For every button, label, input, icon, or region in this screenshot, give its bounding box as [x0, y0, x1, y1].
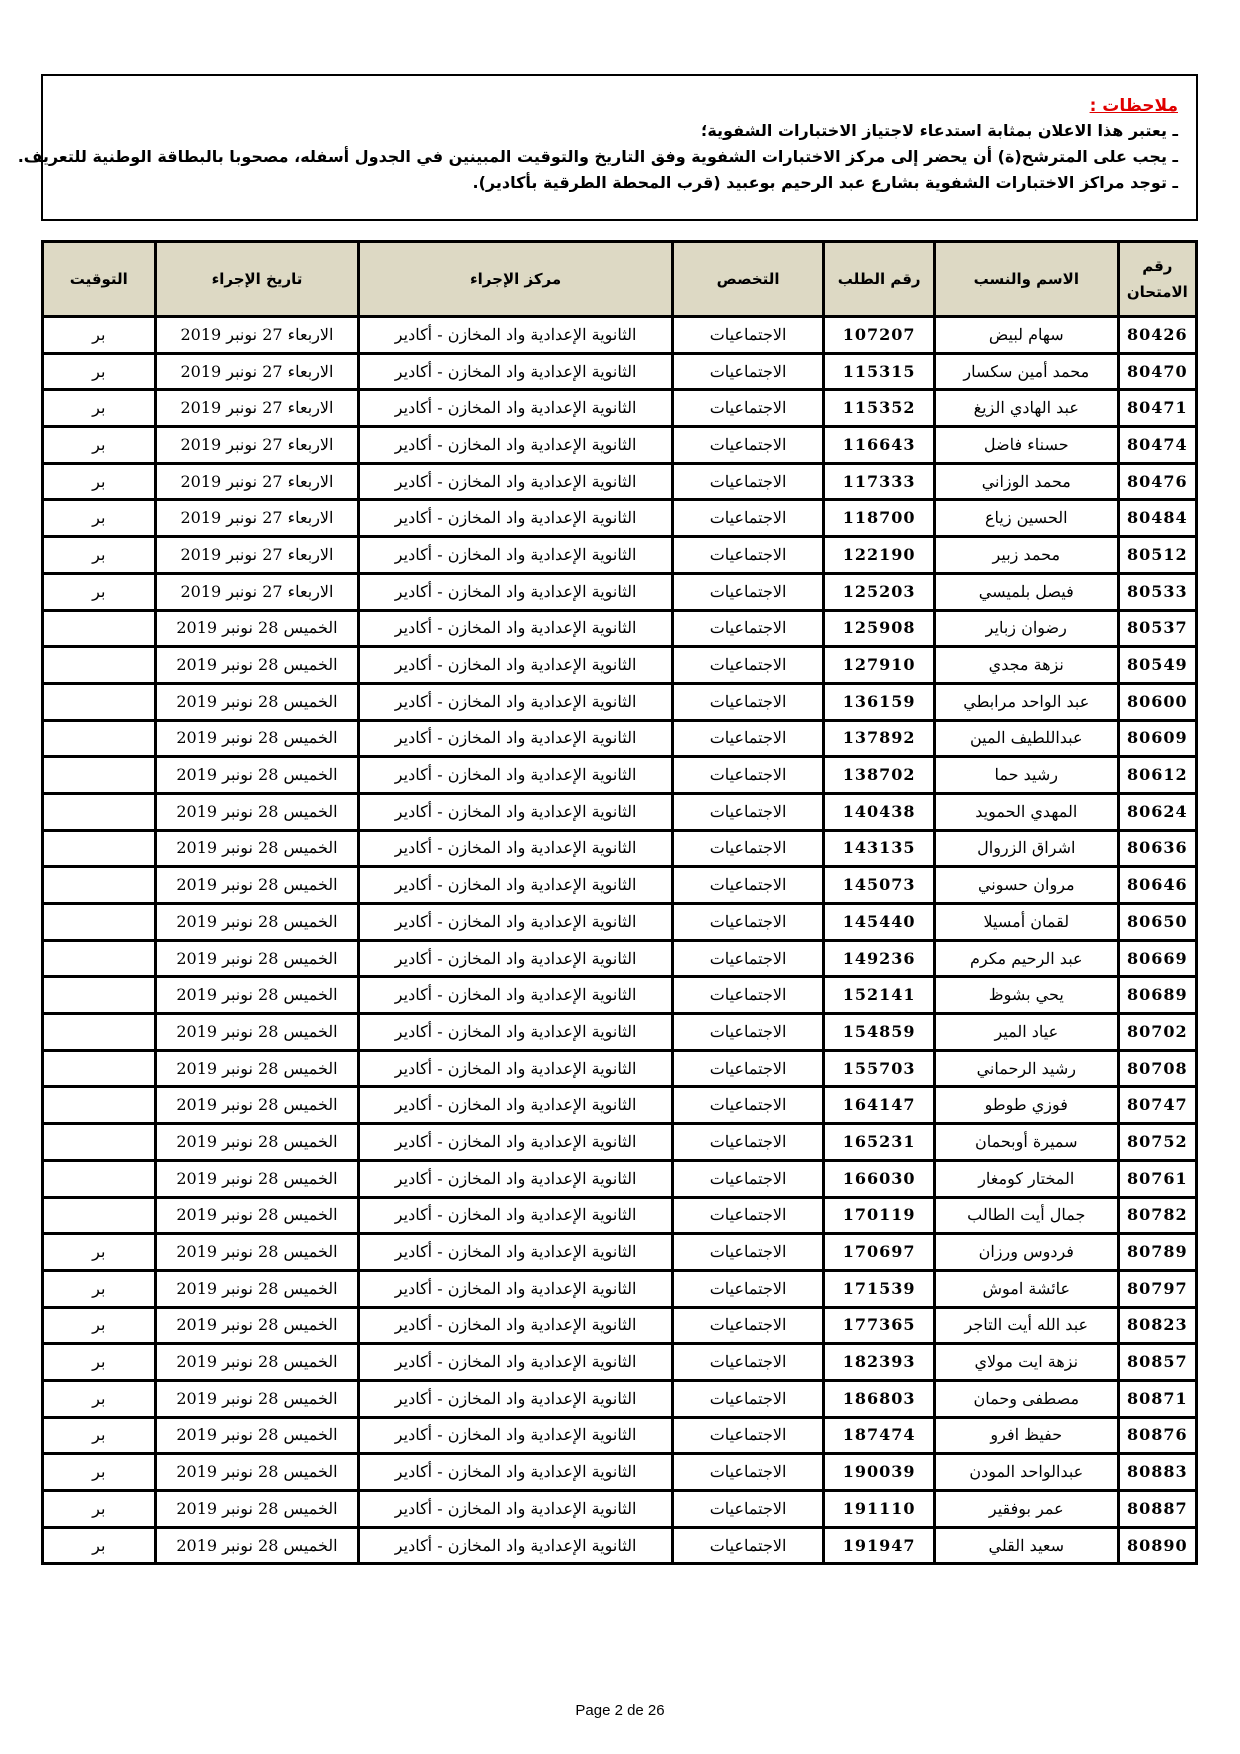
- cell-date: الخميس 28 نونبر 2019: [155, 1160, 359, 1197]
- header-name: الاسم والنسب: [934, 242, 1118, 317]
- cell-exam-number: 80609: [1118, 720, 1196, 757]
- cell-date: الاربعاء 27 نونبر 2019: [155, 353, 359, 390]
- cell-exam-number: 80549: [1118, 647, 1196, 684]
- cell-name: اشراق الزروال: [934, 830, 1118, 867]
- results-table: رقم الامتحان الاسم والنسب رقم الطلب التخ…: [41, 240, 1198, 1565]
- cell-date: الخميس 28 نونبر 2019: [155, 793, 359, 830]
- cell-center: الثانوية الإعدادية واد المخازن - أكادير: [359, 683, 672, 720]
- cell-application-number: 182393: [824, 1344, 934, 1381]
- cell-time: [43, 867, 156, 904]
- notes-box: ملاحظات : ـ يعتبر هذا الاعلان بمثابة است…: [41, 74, 1198, 221]
- cell-application-number: 187474: [824, 1417, 934, 1454]
- cell-exam-number: 80476: [1118, 463, 1196, 500]
- cell-center: الثانوية الإعدادية واد المخازن - أكادير: [359, 940, 672, 977]
- cell-specialty: الاجتماعيات: [672, 610, 824, 647]
- cell-specialty: الاجتماعيات: [672, 1454, 824, 1491]
- cell-name: المهدي الحمويد: [934, 793, 1118, 830]
- cell-time: [43, 1124, 156, 1161]
- cell-exam-number: 80533: [1118, 573, 1196, 610]
- cell-time: بر: [43, 427, 156, 464]
- cell-center: الثانوية الإعدادية واد المخازن - أكادير: [359, 1417, 672, 1454]
- cell-exam-number: 80871: [1118, 1380, 1196, 1417]
- cell-date: الخميس 28 نونبر 2019: [155, 1344, 359, 1381]
- cell-exam-number: 80474: [1118, 427, 1196, 464]
- cell-name: نزهة مجدي: [934, 647, 1118, 684]
- header-exam-number-line2: الامتحان: [1120, 279, 1195, 305]
- cell-time: [43, 1160, 156, 1197]
- cell-specialty: الاجتماعيات: [672, 1087, 824, 1124]
- cell-application-number: 137892: [824, 720, 934, 757]
- cell-center: الثانوية الإعدادية واد المخازن - أكادير: [359, 1124, 672, 1161]
- cell-center: الثانوية الإعدادية واد المخازن - أكادير: [359, 1380, 672, 1417]
- cell-exam-number: 80669: [1118, 940, 1196, 977]
- cell-exam-number: 80624: [1118, 793, 1196, 830]
- table-row: 80646مروان حسوني145073الاجتماعياتالثانوي…: [43, 867, 1197, 904]
- cell-exam-number: 80708: [1118, 1050, 1196, 1087]
- cell-date: الخميس 28 نونبر 2019: [155, 1380, 359, 1417]
- cell-time: بر: [43, 1527, 156, 1564]
- cell-time: [43, 610, 156, 647]
- header-time: التوقيت: [43, 242, 156, 317]
- table-row: 80890سعيد القلي191947الاجتماعياتالثانوية…: [43, 1527, 1197, 1564]
- cell-name: مصطفى وحمان: [934, 1380, 1118, 1417]
- cell-exam-number: 80512: [1118, 537, 1196, 574]
- cell-name: سهام لبيض: [934, 317, 1118, 354]
- cell-center: الثانوية الإعدادية واد المخازن - أكادير: [359, 537, 672, 574]
- cell-center: الثانوية الإعدادية واد المخازن - أكادير: [359, 1527, 672, 1564]
- cell-center: الثانوية الإعدادية واد المخازن - أكادير: [359, 1307, 672, 1344]
- cell-time: [43, 720, 156, 757]
- cell-specialty: الاجتماعيات: [672, 1234, 824, 1271]
- cell-application-number: 138702: [824, 757, 934, 794]
- cell-application-number: 170119: [824, 1197, 934, 1234]
- table-row: 80474حسناء فاضل116643الاجتماعياتالثانوية…: [43, 427, 1197, 464]
- cell-name: رضوان زباير: [934, 610, 1118, 647]
- table-row: 80887عمر بوفقير191110الاجتماعياتالثانوية…: [43, 1491, 1197, 1528]
- cell-center: الثانوية الإعدادية واد المخازن - أكادير: [359, 977, 672, 1014]
- cell-time: [43, 1050, 156, 1087]
- cell-name: عبد الله أيت التاجر: [934, 1307, 1118, 1344]
- cell-date: الخميس 28 نونبر 2019: [155, 610, 359, 647]
- cell-application-number: 149236: [824, 940, 934, 977]
- cell-specialty: الاجتماعيات: [672, 1380, 824, 1417]
- cell-center: الثانوية الإعدادية واد المخازن - أكادير: [359, 1491, 672, 1528]
- cell-date: الاربعاء 27 نونبر 2019: [155, 573, 359, 610]
- cell-application-number: 170697: [824, 1234, 934, 1271]
- cell-exam-number: 80612: [1118, 757, 1196, 794]
- table-row: 80533فيصل بلميسي125203الاجتماعياتالثانوي…: [43, 573, 1197, 610]
- cell-specialty: الاجتماعيات: [672, 317, 824, 354]
- cell-date: الخميس 28 نونبر 2019: [155, 1197, 359, 1234]
- table-row: 80600عبد الواحد مرابطي136159الاجتماعياتا…: [43, 683, 1197, 720]
- header-application-number: رقم الطلب: [824, 242, 934, 317]
- notes-line: ـ يعتبر هذا الاعلان بمثابة استدعاء لاجتي…: [61, 118, 1178, 144]
- cell-exam-number: 80789: [1118, 1234, 1196, 1271]
- table-row: 80471عبد الهادي الزيغ115352الاجتماعياتال…: [43, 390, 1197, 427]
- cell-exam-number: 80650: [1118, 904, 1196, 941]
- cell-specialty: الاجتماعيات: [672, 1491, 824, 1528]
- cell-application-number: 191110: [824, 1491, 934, 1528]
- cell-date: الخميس 28 نونبر 2019: [155, 720, 359, 757]
- cell-exam-number: 80537: [1118, 610, 1196, 647]
- table-body: 80426سهام لبيض107207الاجتماعياتالثانوية …: [43, 317, 1197, 1564]
- cell-center: الثانوية الإعدادية واد المخازن - أكادير: [359, 500, 672, 537]
- cell-time: بر: [43, 500, 156, 537]
- header-exam-number: رقم الامتحان: [1118, 242, 1196, 317]
- cell-specialty: الاجتماعيات: [672, 940, 824, 977]
- cell-date: الخميس 28 نونبر 2019: [155, 1491, 359, 1528]
- notes-line: ـ توجد مراكز الاختبارات الشفوية بشارع عب…: [61, 170, 1178, 196]
- table-row: 80669عبد الرحيم مكرم149236الاجتماعياتالث…: [43, 940, 1197, 977]
- cell-date: الخميس 28 نونبر 2019: [155, 683, 359, 720]
- table-row: 80883عبدالواحد المودن190039الاجتماعياتال…: [43, 1454, 1197, 1491]
- cell-date: الخميس 28 نونبر 2019: [155, 977, 359, 1014]
- table-row: 80609عبداللطيف المين137892الاجتماعياتالث…: [43, 720, 1197, 757]
- cell-exam-number: 80887: [1118, 1491, 1196, 1528]
- cell-exam-number: 80890: [1118, 1527, 1196, 1564]
- cell-exam-number: 80761: [1118, 1160, 1196, 1197]
- table-row: 80476محمد الوزاني117333الاجتماعياتالثانو…: [43, 463, 1197, 500]
- cell-date: الخميس 28 نونبر 2019: [155, 1527, 359, 1564]
- cell-time: بر: [43, 1380, 156, 1417]
- cell-exam-number: 80484: [1118, 500, 1196, 537]
- cell-application-number: 125203: [824, 573, 934, 610]
- cell-name: عبد الواحد مرابطي: [934, 683, 1118, 720]
- cell-specialty: الاجتماعيات: [672, 1197, 824, 1234]
- table-row: 80823عبد الله أيت التاجر177365الاجتماعيا…: [43, 1307, 1197, 1344]
- cell-exam-number: 80747: [1118, 1087, 1196, 1124]
- cell-time: بر: [43, 390, 156, 427]
- table-row: 80876حفيظ افرو187474الاجتماعياتالثانوية …: [43, 1417, 1197, 1454]
- table-row: 80426سهام لبيض107207الاجتماعياتالثانوية …: [43, 317, 1197, 354]
- cell-date: الاربعاء 27 نونبر 2019: [155, 390, 359, 427]
- cell-date: الخميس 28 نونبر 2019: [155, 940, 359, 977]
- cell-time: بر: [43, 1234, 156, 1271]
- cell-time: بر: [43, 1307, 156, 1344]
- cell-time: [43, 1014, 156, 1051]
- header-exam-number-line1: رقم: [1120, 253, 1195, 279]
- cell-exam-number: 80857: [1118, 1344, 1196, 1381]
- table-row: 80549نزهة مجدي127910الاجتماعياتالثانوية …: [43, 647, 1197, 684]
- cell-exam-number: 80797: [1118, 1270, 1196, 1307]
- cell-center: الثانوية الإعدادية واد المخازن - أكادير: [359, 1344, 672, 1381]
- cell-center: الثانوية الإعدادية واد المخازن - أكادير: [359, 573, 672, 610]
- cell-exam-number: 80752: [1118, 1124, 1196, 1161]
- table-row: 80782جمال أيت الطالب170119الاجتماعياتالث…: [43, 1197, 1197, 1234]
- cell-name: سعيد القلي: [934, 1527, 1118, 1564]
- cell-specialty: الاجتماعيات: [672, 573, 824, 610]
- page-number: Page 2 de 26: [0, 1702, 1240, 1719]
- cell-name: عبداللطيف المين: [934, 720, 1118, 757]
- cell-date: الخميس 28 نونبر 2019: [155, 1307, 359, 1344]
- cell-application-number: 136159: [824, 683, 934, 720]
- cell-name: رشيد الرحماني: [934, 1050, 1118, 1087]
- table-row: 80702عياد المير154859الاجتماعياتالثانوية…: [43, 1014, 1197, 1051]
- cell-date: الاربعاء 27 نونبر 2019: [155, 463, 359, 500]
- cell-center: الثانوية الإعدادية واد المخازن - أكادير: [359, 1454, 672, 1491]
- cell-date: الخميس 28 نونبر 2019: [155, 1417, 359, 1454]
- cell-application-number: 145440: [824, 904, 934, 941]
- table-row: 80689يحي بشوظ152141الاجتماعياتالثانوية ا…: [43, 977, 1197, 1014]
- table-row: 80512محمد زبير122190الاجتماعياتالثانوية …: [43, 537, 1197, 574]
- cell-application-number: 191947: [824, 1527, 934, 1564]
- cell-application-number: 171539: [824, 1270, 934, 1307]
- cell-application-number: 166030: [824, 1160, 934, 1197]
- cell-name: جمال أيت الطالب: [934, 1197, 1118, 1234]
- cell-application-number: 125908: [824, 610, 934, 647]
- cell-specialty: الاجتماعيات: [672, 904, 824, 941]
- cell-time: بر: [43, 573, 156, 610]
- cell-exam-number: 80600: [1118, 683, 1196, 720]
- cell-date: الخميس 28 نونبر 2019: [155, 904, 359, 941]
- cell-name: حسناء فاضل: [934, 427, 1118, 464]
- cell-center: الثانوية الإعدادية واد المخازن - أكادير: [359, 1270, 672, 1307]
- cell-specialty: الاجتماعيات: [672, 463, 824, 500]
- cell-name: الحسين زياع: [934, 500, 1118, 537]
- cell-application-number: 117333: [824, 463, 934, 500]
- cell-center: الثانوية الإعدادية واد المخازن - أكادير: [359, 1014, 672, 1051]
- cell-center: الثانوية الإعدادية واد المخازن - أكادير: [359, 353, 672, 390]
- cell-exam-number: 80883: [1118, 1454, 1196, 1491]
- cell-time: [43, 683, 156, 720]
- cell-name: عبد الهادي الزيغ: [934, 390, 1118, 427]
- table-row: 80857نزهة ايت مولاي182393الاجتماعياتالثا…: [43, 1344, 1197, 1381]
- cell-exam-number: 80689: [1118, 977, 1196, 1014]
- cell-specialty: الاجتماعيات: [672, 1050, 824, 1087]
- cell-time: بر: [43, 1491, 156, 1528]
- cell-exam-number: 80426: [1118, 317, 1196, 354]
- cell-name: فيصل بلميسي: [934, 573, 1118, 610]
- cell-date: الاربعاء 27 نونبر 2019: [155, 537, 359, 574]
- cell-application-number: 154859: [824, 1014, 934, 1051]
- cell-name: يحي بشوظ: [934, 977, 1118, 1014]
- cell-time: بر: [43, 1344, 156, 1381]
- cell-specialty: الاجتماعيات: [672, 1124, 824, 1161]
- cell-exam-number: 80782: [1118, 1197, 1196, 1234]
- table-row: 80752سميرة أوبحمان165231الاجتماعياتالثان…: [43, 1124, 1197, 1161]
- cell-time: [43, 1197, 156, 1234]
- cell-name: حفيظ افرو: [934, 1417, 1118, 1454]
- table-row: 80624المهدي الحمويد140438الاجتماعياتالثا…: [43, 793, 1197, 830]
- cell-specialty: الاجتماعيات: [672, 720, 824, 757]
- cell-date: الاربعاء 27 نونبر 2019: [155, 427, 359, 464]
- cell-application-number: 118700: [824, 500, 934, 537]
- cell-time: بر: [43, 1454, 156, 1491]
- cell-name: عبدالواحد المودن: [934, 1454, 1118, 1491]
- cell-name: محمد زبير: [934, 537, 1118, 574]
- cell-exam-number: 80646: [1118, 867, 1196, 904]
- cell-exam-number: 80636: [1118, 830, 1196, 867]
- cell-name: رشيد حما: [934, 757, 1118, 794]
- cell-name: فردوس ورزان: [934, 1234, 1118, 1271]
- cell-application-number: 115315: [824, 353, 934, 390]
- cell-exam-number: 80876: [1118, 1417, 1196, 1454]
- cell-specialty: الاجتماعيات: [672, 1270, 824, 1307]
- cell-center: الثانوية الإعدادية واد المخازن - أكادير: [359, 830, 672, 867]
- cell-center: الثانوية الإعدادية واد المخازن - أكادير: [359, 904, 672, 941]
- cell-exam-number: 80470: [1118, 353, 1196, 390]
- cell-center: الثانوية الإعدادية واد المخازن - أكادير: [359, 427, 672, 464]
- table-row: 80747فوزي طوطو164147الاجتماعياتالثانوية …: [43, 1087, 1197, 1124]
- cell-specialty: الاجتماعيات: [672, 390, 824, 427]
- cell-date: الخميس 28 نونبر 2019: [155, 757, 359, 794]
- cell-specialty: الاجتماعيات: [672, 757, 824, 794]
- cell-time: بر: [43, 1270, 156, 1307]
- cell-application-number: 140438: [824, 793, 934, 830]
- cell-time: [43, 793, 156, 830]
- cell-application-number: 190039: [824, 1454, 934, 1491]
- cell-center: الثانوية الإعدادية واد المخازن - أكادير: [359, 757, 672, 794]
- cell-name: عبد الرحيم مكرم: [934, 940, 1118, 977]
- cell-application-number: 186803: [824, 1380, 934, 1417]
- cell-center: الثانوية الإعدادية واد المخازن - أكادير: [359, 1087, 672, 1124]
- cell-time: بر: [43, 537, 156, 574]
- cell-specialty: الاجتماعيات: [672, 1417, 824, 1454]
- cell-center: الثانوية الإعدادية واد المخازن - أكادير: [359, 793, 672, 830]
- cell-name: لقمان أمسيلا: [934, 904, 1118, 941]
- cell-name: محمد الوزاني: [934, 463, 1118, 500]
- table-row: 80708رشيد الرحماني155703الاجتماعياتالثان…: [43, 1050, 1197, 1087]
- cell-name: نزهة ايت مولاي: [934, 1344, 1118, 1381]
- table-row: 80871مصطفى وحمان186803الاجتماعياتالثانوي…: [43, 1380, 1197, 1417]
- cell-center: الثانوية الإعدادية واد المخازن - أكادير: [359, 463, 672, 500]
- cell-center: الثانوية الإعدادية واد المخازن - أكادير: [359, 867, 672, 904]
- table-row: 80470محمد أمين سكسار115315الاجتماعياتالث…: [43, 353, 1197, 390]
- cell-center: الثانوية الإعدادية واد المخازن - أكادير: [359, 610, 672, 647]
- cell-date: الخميس 28 نونبر 2019: [155, 1234, 359, 1271]
- cell-date: الخميس 28 نونبر 2019: [155, 1124, 359, 1161]
- cell-time: بر: [43, 317, 156, 354]
- cell-center: الثانوية الإعدادية واد المخازن - أكادير: [359, 1050, 672, 1087]
- table-row: 80612رشيد حما138702الاجتماعياتالثانوية ا…: [43, 757, 1197, 794]
- cell-date: الخميس 28 نونبر 2019: [155, 1087, 359, 1124]
- cell-specialty: الاجتماعيات: [672, 1307, 824, 1344]
- cell-time: بر: [43, 353, 156, 390]
- cell-exam-number: 80471: [1118, 390, 1196, 427]
- cell-center: الثانوية الإعدادية واد المخازن - أكادير: [359, 647, 672, 684]
- cell-name: عمر بوفقير: [934, 1491, 1118, 1528]
- table-row: 80484الحسين زياع118700الاجتماعياتالثانوي…: [43, 500, 1197, 537]
- cell-specialty: الاجتماعيات: [672, 1014, 824, 1051]
- cell-application-number: 164147: [824, 1087, 934, 1124]
- table-row: 80650لقمان أمسيلا145440الاجتماعياتالثانو…: [43, 904, 1197, 941]
- header-specialty: التخصص: [672, 242, 824, 317]
- cell-date: الخميس 28 نونبر 2019: [155, 867, 359, 904]
- table-row: 80797عائشة اموش171539الاجتماعياتالثانوية…: [43, 1270, 1197, 1307]
- cell-name: عائشة اموش: [934, 1270, 1118, 1307]
- cell-specialty: الاجتماعيات: [672, 977, 824, 1014]
- cell-specialty: الاجتماعيات: [672, 1344, 824, 1381]
- cell-specialty: الاجتماعيات: [672, 427, 824, 464]
- cell-date: الخميس 28 نونبر 2019: [155, 830, 359, 867]
- cell-specialty: الاجتماعيات: [672, 353, 824, 390]
- cell-specialty: الاجتماعيات: [672, 830, 824, 867]
- cell-name: فوزي طوطو: [934, 1087, 1118, 1124]
- cell-time: [43, 904, 156, 941]
- cell-center: الثانوية الإعدادية واد المخازن - أكادير: [359, 1234, 672, 1271]
- notes-title: ملاحظات :: [61, 94, 1178, 118]
- cell-name: محمد أمين سكسار: [934, 353, 1118, 390]
- cell-time: [43, 1087, 156, 1124]
- cell-time: [43, 977, 156, 1014]
- cell-time: بر: [43, 463, 156, 500]
- cell-application-number: 107207: [824, 317, 934, 354]
- cell-date: الخميس 28 نونبر 2019: [155, 1050, 359, 1087]
- cell-center: الثانوية الإعدادية واد المخازن - أكادير: [359, 1197, 672, 1234]
- table-header-row: رقم الامتحان الاسم والنسب رقم الطلب التخ…: [43, 242, 1197, 317]
- table-row: 80636اشراق الزروال143135الاجتماعياتالثان…: [43, 830, 1197, 867]
- cell-application-number: 165231: [824, 1124, 934, 1161]
- cell-date: الخميس 28 نونبر 2019: [155, 1270, 359, 1307]
- cell-date: الاربعاء 27 نونبر 2019: [155, 500, 359, 537]
- cell-specialty: الاجتماعيات: [672, 793, 824, 830]
- cell-name: مروان حسوني: [934, 867, 1118, 904]
- cell-name: سميرة أوبحمان: [934, 1124, 1118, 1161]
- header-center: مركز الإجراء: [359, 242, 672, 317]
- cell-name: عياد المير: [934, 1014, 1118, 1051]
- cell-exam-number: 80702: [1118, 1014, 1196, 1051]
- cell-exam-number: 80823: [1118, 1307, 1196, 1344]
- cell-center: الثانوية الإعدادية واد المخازن - أكادير: [359, 1160, 672, 1197]
- cell-specialty: الاجتماعيات: [672, 867, 824, 904]
- notes-line: ـ يجب على المترشح(ة) أن يحضر إلى مركز ال…: [61, 144, 1178, 170]
- cell-date: الاربعاء 27 نونبر 2019: [155, 317, 359, 354]
- cell-time: [43, 940, 156, 977]
- cell-center: الثانوية الإعدادية واد المخازن - أكادير: [359, 390, 672, 427]
- table-row: 80761المختار كومغار166030الاجتماعياتالثا…: [43, 1160, 1197, 1197]
- cell-specialty: الاجتماعيات: [672, 1160, 824, 1197]
- cell-specialty: الاجتماعيات: [672, 537, 824, 574]
- cell-specialty: الاجتماعيات: [672, 1527, 824, 1564]
- cell-center: الثانوية الإعدادية واد المخازن - أكادير: [359, 317, 672, 354]
- cell-specialty: الاجتماعيات: [672, 683, 824, 720]
- cell-application-number: 177365: [824, 1307, 934, 1344]
- cell-application-number: 122190: [824, 537, 934, 574]
- cell-date: الخميس 28 نونبر 2019: [155, 647, 359, 684]
- cell-specialty: الاجتماعيات: [672, 647, 824, 684]
- cell-date: الخميس 28 نونبر 2019: [155, 1014, 359, 1051]
- cell-specialty: الاجتماعيات: [672, 500, 824, 537]
- cell-time: بر: [43, 1417, 156, 1454]
- cell-application-number: 145073: [824, 867, 934, 904]
- cell-time: [43, 757, 156, 794]
- table-row: 80537رضوان زباير125908الاجتماعياتالثانوي…: [43, 610, 1197, 647]
- cell-name: المختار كومغار: [934, 1160, 1118, 1197]
- header-date: تاريخ الإجراء: [155, 242, 359, 317]
- table-row: 80789فردوس ورزان170697الاجتماعياتالثانوي…: [43, 1234, 1197, 1271]
- cell-time: [43, 647, 156, 684]
- cell-application-number: 143135: [824, 830, 934, 867]
- cell-date: الخميس 28 نونبر 2019: [155, 1454, 359, 1491]
- cell-time: [43, 830, 156, 867]
- cell-application-number: 116643: [824, 427, 934, 464]
- cell-center: الثانوية الإعدادية واد المخازن - أكادير: [359, 720, 672, 757]
- cell-application-number: 127910: [824, 647, 934, 684]
- cell-application-number: 152141: [824, 977, 934, 1014]
- cell-application-number: 115352: [824, 390, 934, 427]
- cell-application-number: 155703: [824, 1050, 934, 1087]
